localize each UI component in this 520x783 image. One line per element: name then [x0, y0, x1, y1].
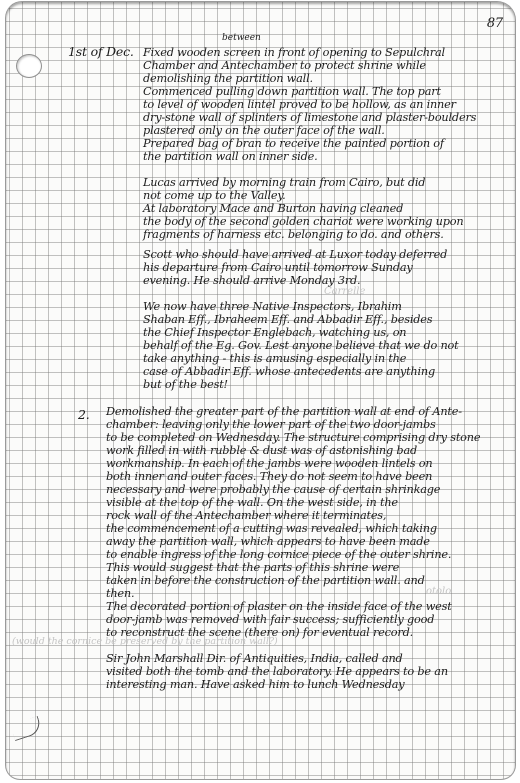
text-line: plastered only on the outer face of the …: [143, 124, 476, 137]
faint-bleed-through-note: otolo: [426, 586, 451, 597]
text-line: Scott who should have arrived at Luxor t…: [143, 248, 447, 261]
text-line: This would suggest that the parts of thi…: [106, 561, 480, 574]
inserted-word: between: [222, 33, 261, 43]
text-line: Demolished the greater part of the parti…: [106, 405, 480, 418]
text-line: evening. He should arrive Monday 3rd.: [143, 274, 447, 287]
text-line: necessary and were probably the cause of…: [106, 483, 480, 496]
entry-paragraph: We now have three Native Inspectors, Ibr…: [143, 300, 459, 391]
text-line: the body of the second golden chariot we…: [143, 215, 463, 228]
text-line: fragments of harness etc. belonging to d…: [143, 228, 463, 241]
text-line: then.: [106, 587, 480, 600]
entry-paragraph: Lucas arrived by morning train from Cair…: [143, 176, 463, 241]
text-line: rock wall of the Antechamber where it te…: [106, 509, 480, 522]
text-line: to enable ingress of the long cornice pi…: [106, 548, 480, 561]
torn-corner-mark: [10, 716, 43, 741]
text-line: door-jamb was removed with fair success;…: [106, 613, 480, 626]
text-line: both inner and outer faces. They do not …: [106, 470, 480, 483]
faint-bleed-through-note: (would the cornice be preserved by the p…: [12, 636, 278, 647]
text-line: Chamber and Antechamber to protect shrin…: [143, 59, 476, 72]
text-line: away the partition wall, which appears t…: [106, 535, 480, 548]
text-line: We now have three Native Inspectors, Ibr…: [143, 300, 459, 313]
text-line: chamber: leaving only the lower part of …: [106, 418, 480, 431]
entry-date: 2.: [78, 407, 90, 422]
entry-date: 1st of Dec.: [68, 44, 134, 59]
text-line: At laboratory Mace and Burton having cle…: [143, 202, 463, 215]
text-line: to level of wooden lintel proved to be h…: [143, 98, 476, 111]
entry-paragraph: Fixed wooden screen in front of opening …: [143, 46, 476, 163]
entry-paragraph: Scott who should have arrived at Luxor t…: [143, 248, 447, 287]
text-line: Commenced pulling down partition wall. T…: [143, 85, 476, 98]
text-line: case of Abbadir Eff. whose antecedents a…: [143, 365, 459, 378]
entry-paragraph: Sir John Marshall Dir. of Antiquities, I…: [106, 652, 448, 691]
text-line: demolishing the partition wall.: [143, 72, 476, 85]
text-line: Shaban Eff., Ibraheem Eff. and Abbadir E…: [143, 313, 459, 326]
faint-bleed-through-note: Carrelle: [324, 286, 365, 297]
text-line: Lucas arrived by morning train from Cair…: [143, 176, 463, 189]
text-line: visited both the tomb and the laboratory…: [106, 665, 448, 678]
punched-hole: [16, 54, 42, 78]
text-line: visible at the top of the wall. On the w…: [106, 496, 480, 509]
text-line: the partition wall on inner side.: [143, 150, 476, 163]
text-line: dry-stone wall of splinters of limestone…: [143, 111, 476, 124]
text-line: but of the best!: [143, 378, 459, 391]
text-line: to be completed on Wednesday. The struct…: [106, 431, 480, 444]
text-line: work filled in with rubble & dust was of…: [106, 444, 480, 457]
text-line: his departure from Cairo until tomorrow …: [143, 261, 447, 274]
page-number: 87: [487, 16, 503, 31]
notebook-page: 87 1st of Dec. between Fixed wooden scre…: [6, 2, 515, 779]
text-line: taken in before the construction of the …: [106, 574, 480, 587]
entry-paragraph: Demolished the greater part of the parti…: [106, 405, 480, 639]
text-line: The decorated portion of plaster on the …: [106, 600, 480, 613]
text-line: interesting man. Have asked him to lunch…: [106, 678, 448, 691]
text-line: take anything - this is amusing especial…: [143, 352, 459, 365]
text-line: the commencement of a cutting was reveal…: [106, 522, 480, 535]
text-line: the Chief Inspector Englebach, watching …: [143, 326, 459, 339]
text-line: Fixed wooden screen in front of opening …: [143, 46, 476, 59]
text-line: not come up to the Valley.: [143, 189, 463, 202]
text-line: behalf of the Eg. Gov. Lest anyone belie…: [143, 339, 459, 352]
text-line: workmanship. In each of the jambs were w…: [106, 457, 480, 470]
text-line: Sir John Marshall Dir. of Antiquities, I…: [106, 652, 448, 665]
text-line: Prepared bag of bran to receive the pain…: [143, 137, 476, 150]
